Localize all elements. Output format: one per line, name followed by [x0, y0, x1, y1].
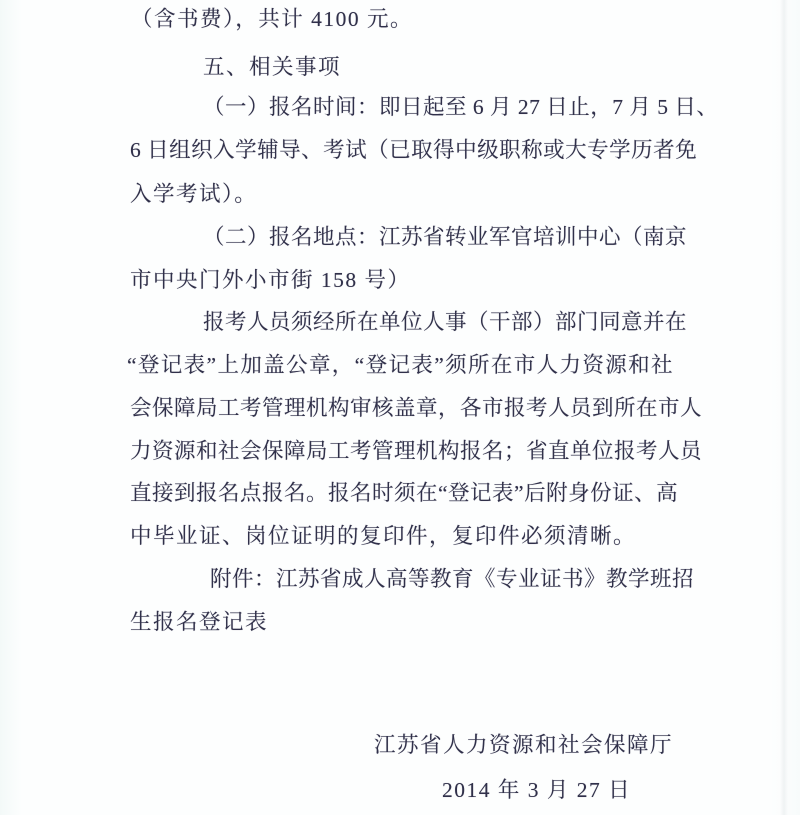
doc-section-heading: 五、相关事项	[203, 57, 341, 79]
scan-artifact-streak	[780, 0, 788, 815]
doc-line: 直接到报名点报名。报名时须在“登记表”后附身份证、高	[130, 483, 673, 505]
doc-line: 报考人员须经所在单位人事（干部）部门同意并在	[203, 312, 673, 334]
doc-line: （二）报名地点：江苏省转业军官培训中心（南京	[203, 227, 673, 249]
doc-line: 6 日组织入学辅导、考试（已取得中级职称或大专学历者免	[130, 140, 673, 162]
doc-signature-date: 2014 年 3 月 27 日	[442, 780, 631, 802]
doc-line: 力资源和社会保障局工考管理机构报名；省直单位报考人员	[130, 441, 673, 463]
doc-line: 市中央门外小市街 158 号）	[130, 270, 411, 292]
doc-line: 会保障局工考管理机构审核盖章，各市报考人员到所在市人	[130, 398, 673, 420]
doc-line: 入学考试）。	[130, 184, 257, 206]
doc-attachment-line: 生报名登记表	[130, 612, 268, 634]
doc-signature-org: 江苏省人力资源和社会保障厅	[374, 735, 673, 757]
doc-line: （一）报名时间：即日起至 6 月 27 日止，7 月 5 日、	[203, 97, 673, 119]
doc-line: “登记表”上加盖公章，“登记表”须所在市人力资源和社	[127, 355, 673, 377]
doc-line: （含书费），共计 4100 元。	[131, 9, 413, 31]
scanned-document-page: （含书费），共计 4100 元。 五、相关事项 （一）报名时间：即日起至 6 月…	[0, 0, 800, 815]
doc-line: 中毕业证、岗位证明的复印件，复印件必须清晰。	[130, 526, 636, 548]
doc-attachment-line: 附件：江苏省成人高等教育《专业证书》教学班招	[210, 569, 673, 591]
